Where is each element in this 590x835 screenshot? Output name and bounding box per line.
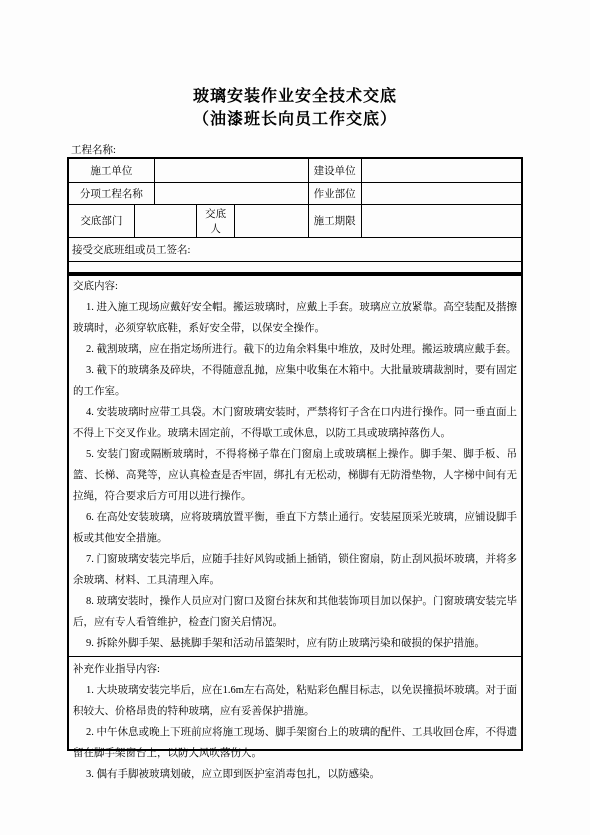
construction-unit-value[interactable] bbox=[154, 158, 308, 182]
document-page: 玻璃安装作业安全技术交底 （油漆班长向员工作交底） 工程名称: 施工单位 建设单… bbox=[0, 0, 590, 835]
construction-period-label: 施工期限 bbox=[308, 204, 361, 237]
disclosure-item-6: 6. 在高处安装玻璃，应将玻璃放置平衡，垂直下方禁止通行。安装屋顶采光玻璃，应铺… bbox=[73, 507, 517, 549]
content-box: 交底内容: 1. 进入施工现场应戴好安全帽。搬运玻璃时，应戴上手套。玻璃应立放紧… bbox=[67, 272, 523, 751]
supplement-item-2: 2. 中午休息或晚上下班前应将施工现场、脚手架窗台上的玻璃的配件、工具收回仓库，… bbox=[73, 722, 517, 764]
document-subtitle: （油漆班长向员工作交底） bbox=[0, 108, 590, 132]
disclosure-item-2: 2. 截割玻璃，应在指定场所进行。截下的边角余料集中堆放，及时处理。搬运玻璃应戴… bbox=[73, 339, 517, 360]
info-row-2: 分项工程名称 作业部位 bbox=[68, 182, 522, 204]
disclosure-dept-label: 交底部门 bbox=[68, 204, 134, 237]
disclosure-heading: 交底内容: bbox=[73, 277, 517, 297]
construction-period-value[interactable] bbox=[361, 204, 522, 237]
sub-project-label: 分项工程名称 bbox=[68, 182, 154, 204]
signature-row: 接受交底班组或员工签名: bbox=[68, 237, 522, 261]
title-block: 玻璃安装作业安全技术交底 （油漆班长向员工作交底） bbox=[0, 86, 590, 132]
document-title: 玻璃安装作业安全技术交底 bbox=[0, 86, 590, 108]
signature-label: 接受交底班组或员工签名: bbox=[68, 237, 522, 261]
client-unit-label: 建设单位 bbox=[308, 158, 361, 182]
disclosure-item-3: 3. 截下的玻璃条及碎块，不得随意乱抛，应集中收集在木箱中。大批量玻璃裁割时，要… bbox=[73, 360, 517, 402]
supplement-heading: 补充作业指导内容: bbox=[73, 660, 517, 680]
sub-project-value[interactable] bbox=[154, 182, 308, 204]
construction-unit-label: 施工单位 bbox=[68, 158, 154, 182]
work-area-value[interactable] bbox=[361, 182, 522, 204]
disclosure-item-8: 8. 玻璃安装时，操作人员应对门窗口及窗台抹灰和其他装饰项目加以保护。门窗玻璃安… bbox=[73, 591, 517, 633]
disclosure-section: 交底内容: 1. 进入施工现场应戴好安全帽。搬运玻璃时，应戴上手套。玻璃应立放紧… bbox=[69, 274, 521, 657]
work-area-label: 作业部位 bbox=[308, 182, 361, 204]
disclosure-item-7: 7. 门窗玻璃安装完毕后，应随手挂好风钩或插上插销，锁住窗扇，防止刮风损坏玻璃，… bbox=[73, 549, 517, 591]
disclosure-dept-value[interactable] bbox=[134, 204, 196, 237]
disclosure-item-9: 9. 拆除外脚手架、悬挑脚手架和活动吊篮架时，应有防止玻璃污染和破损的保护措施。 bbox=[73, 633, 517, 654]
discloser-label: 交底人 bbox=[197, 204, 235, 237]
supplement-item-1: 1. 大块玻璃安装完毕后，应在1.6m左右高处，粘贴彩色醒目标志，以免误撞损坏玻… bbox=[73, 680, 517, 722]
project-name-label: 工程名称: bbox=[71, 142, 116, 157]
info-row-3: 交底部门 交底人 施工期限 bbox=[68, 204, 522, 237]
disclosure-item-4: 4. 安装玻璃时应带工具袋。木门窗玻璃安装时，严禁将钉子含在口内进行操作。同一垂… bbox=[73, 402, 517, 444]
disclosure-item-5: 5. 安装门窗或隔断玻璃时，不得将梯子靠在门窗扇上或玻璃框上操作。脚手架、脚手板… bbox=[73, 444, 517, 507]
client-unit-value[interactable] bbox=[361, 158, 522, 182]
supplement-section: 补充作业指导内容: 1. 大块玻璃安装完毕后，应在1.6m左右高处，粘贴彩色醒目… bbox=[69, 657, 521, 787]
discloser-value[interactable] bbox=[235, 204, 308, 237]
info-row-1: 施工单位 建设单位 bbox=[68, 158, 522, 182]
disclosure-item-1: 1. 进入施工现场应戴好安全帽。搬运玻璃时，应戴上手套。玻璃应立放紧靠。高空装配… bbox=[73, 297, 517, 339]
info-table: 施工单位 建设单位 分项工程名称 作业部位 交底部门 交底人 施工期限 接受交 bbox=[67, 157, 523, 276]
supplement-item-3: 3. 偶有手脚被玻璃划破，应立即到医护室消毒包扎，以防感染。 bbox=[73, 764, 517, 785]
